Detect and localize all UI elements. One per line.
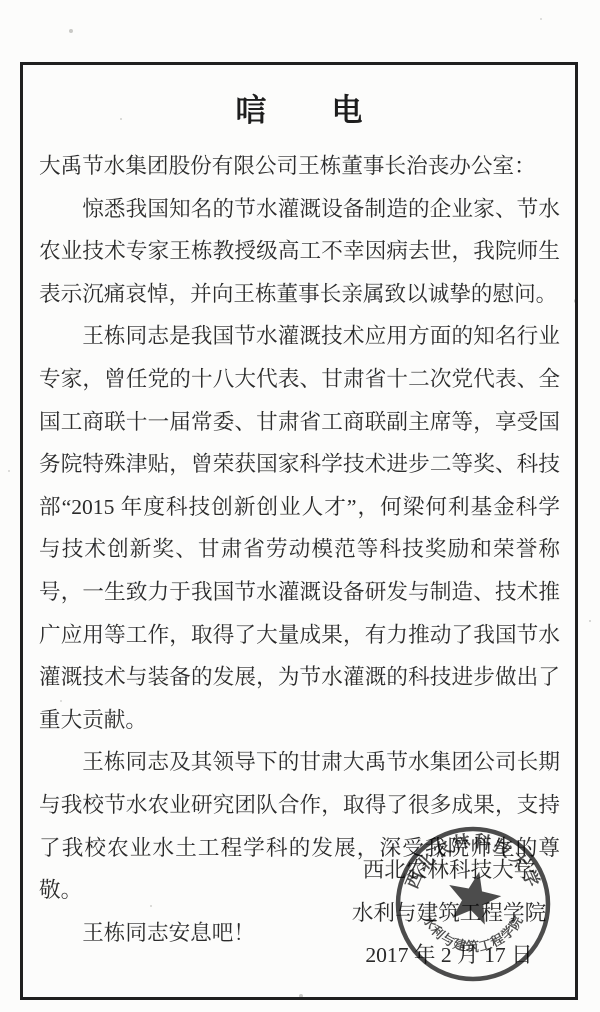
paragraph: 惊悉我国知名的节水灌溉设备制造的企业家、节水农业技术专家王栋教授级高工不幸因病去… (39, 188, 560, 316)
signature-college: 水利与建筑工程学院 (330, 892, 568, 935)
letter-body: 大禹节水集团股份有限公司王栋董事长治丧办公室： 惊悉我国知名的节水灌溉设备制造的… (39, 145, 560, 954)
recipient-line: 大禹节水集团股份有限公司王栋董事长治丧办公室： (39, 145, 560, 188)
scan-speckles (0, 0, 2, 2)
signature-block: 西北农林科技大学 水利与建筑工程学院 2017 年 2 月 17 日 (330, 849, 568, 977)
document-title: 唁电 (23, 85, 575, 130)
paragraph: 王栋同志是我国节水灌溉技术应用方面的知名行业专家，曾任党的十八大代表、甘肃省十二… (39, 315, 560, 741)
scanned-condolence-letter: 唁电 大禹节水集团股份有限公司王栋董事长治丧办公室： 惊悉我国知名的节水灌溉设备… (0, 0, 600, 1012)
signature-university: 西北农林科技大学 (330, 849, 568, 892)
signature-date: 2017 年 2 月 17 日 (330, 934, 568, 977)
